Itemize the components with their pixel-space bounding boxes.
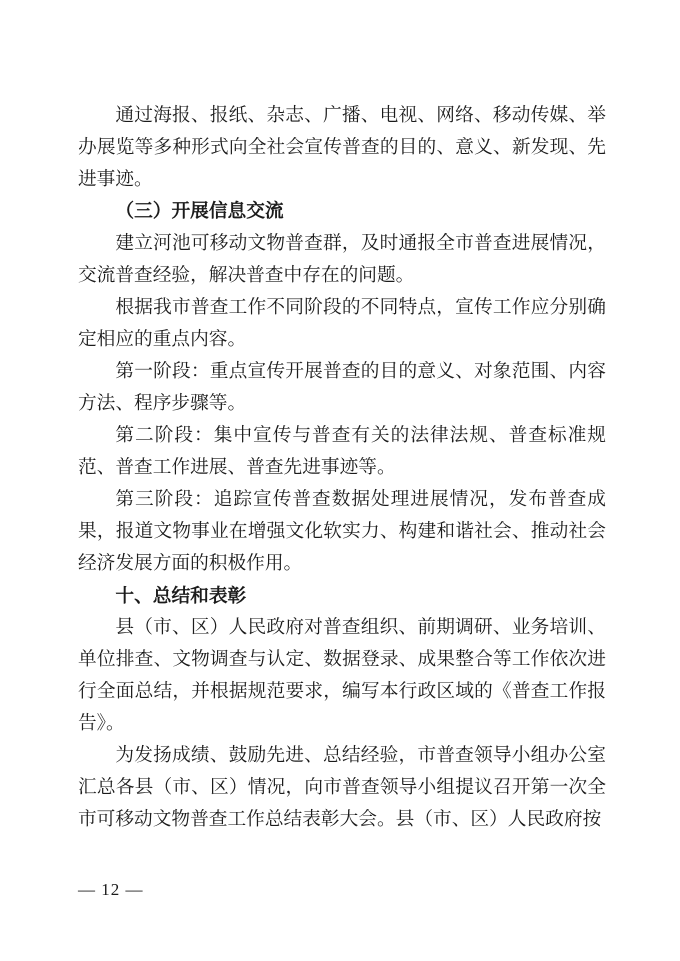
- paragraph-stage-intro: 根据我市普查工作不同阶段的不同特点，宣传工作应分别确定相应的重点内容。: [78, 292, 606, 356]
- document-body: 通过海报、报纸、杂志、广播、电视、网络、移动传媒、举办展览等多种形式向全社会宣传…: [78, 100, 606, 836]
- page-number: — 12 —: [78, 878, 144, 902]
- section-heading-summary-commendation: 十、总结和表彰: [78, 580, 606, 612]
- paragraph-stage-three: 第三阶段：追踪宣传普查数据处理进展情况，发布普查成果，报道文物事业在增强文化软实…: [78, 484, 606, 580]
- paragraph-stage-two: 第二阶段：集中宣传与普查有关的法律法规、普查标准规范、普查工作进展、普查先进事迹…: [78, 420, 606, 484]
- document-page: 通过海报、报纸、杂志、广播、电视、网络、移动传媒、举办展览等多种形式向全社会宣传…: [0, 0, 680, 961]
- paragraph-census-group: 建立河池可移动文物普查群，及时通报全市普查进展情况，交流普查经验，解决普查中存在…: [78, 228, 606, 292]
- paragraph-stage-one: 第一阶段：重点宣传开展普查的目的意义、对象范围、内容方法、程序步骤等。: [78, 356, 606, 420]
- paragraph-commendation-meeting: 为发扬成绩、鼓励先进、总结经验，市普查领导小组办公室汇总各县（市、区）情况，向市…: [78, 740, 606, 836]
- paragraph-publicity-channels: 通过海报、报纸、杂志、广播、电视、网络、移动传媒、举办展览等多种形式向全社会宣传…: [78, 100, 606, 196]
- section-heading-info-exchange: （三）开展信息交流: [78, 196, 606, 228]
- paragraph-summary-report: 县（市、区）人民政府对普查组织、前期调研、业务培训、单位排查、文物调查与认定、数…: [78, 612, 606, 740]
